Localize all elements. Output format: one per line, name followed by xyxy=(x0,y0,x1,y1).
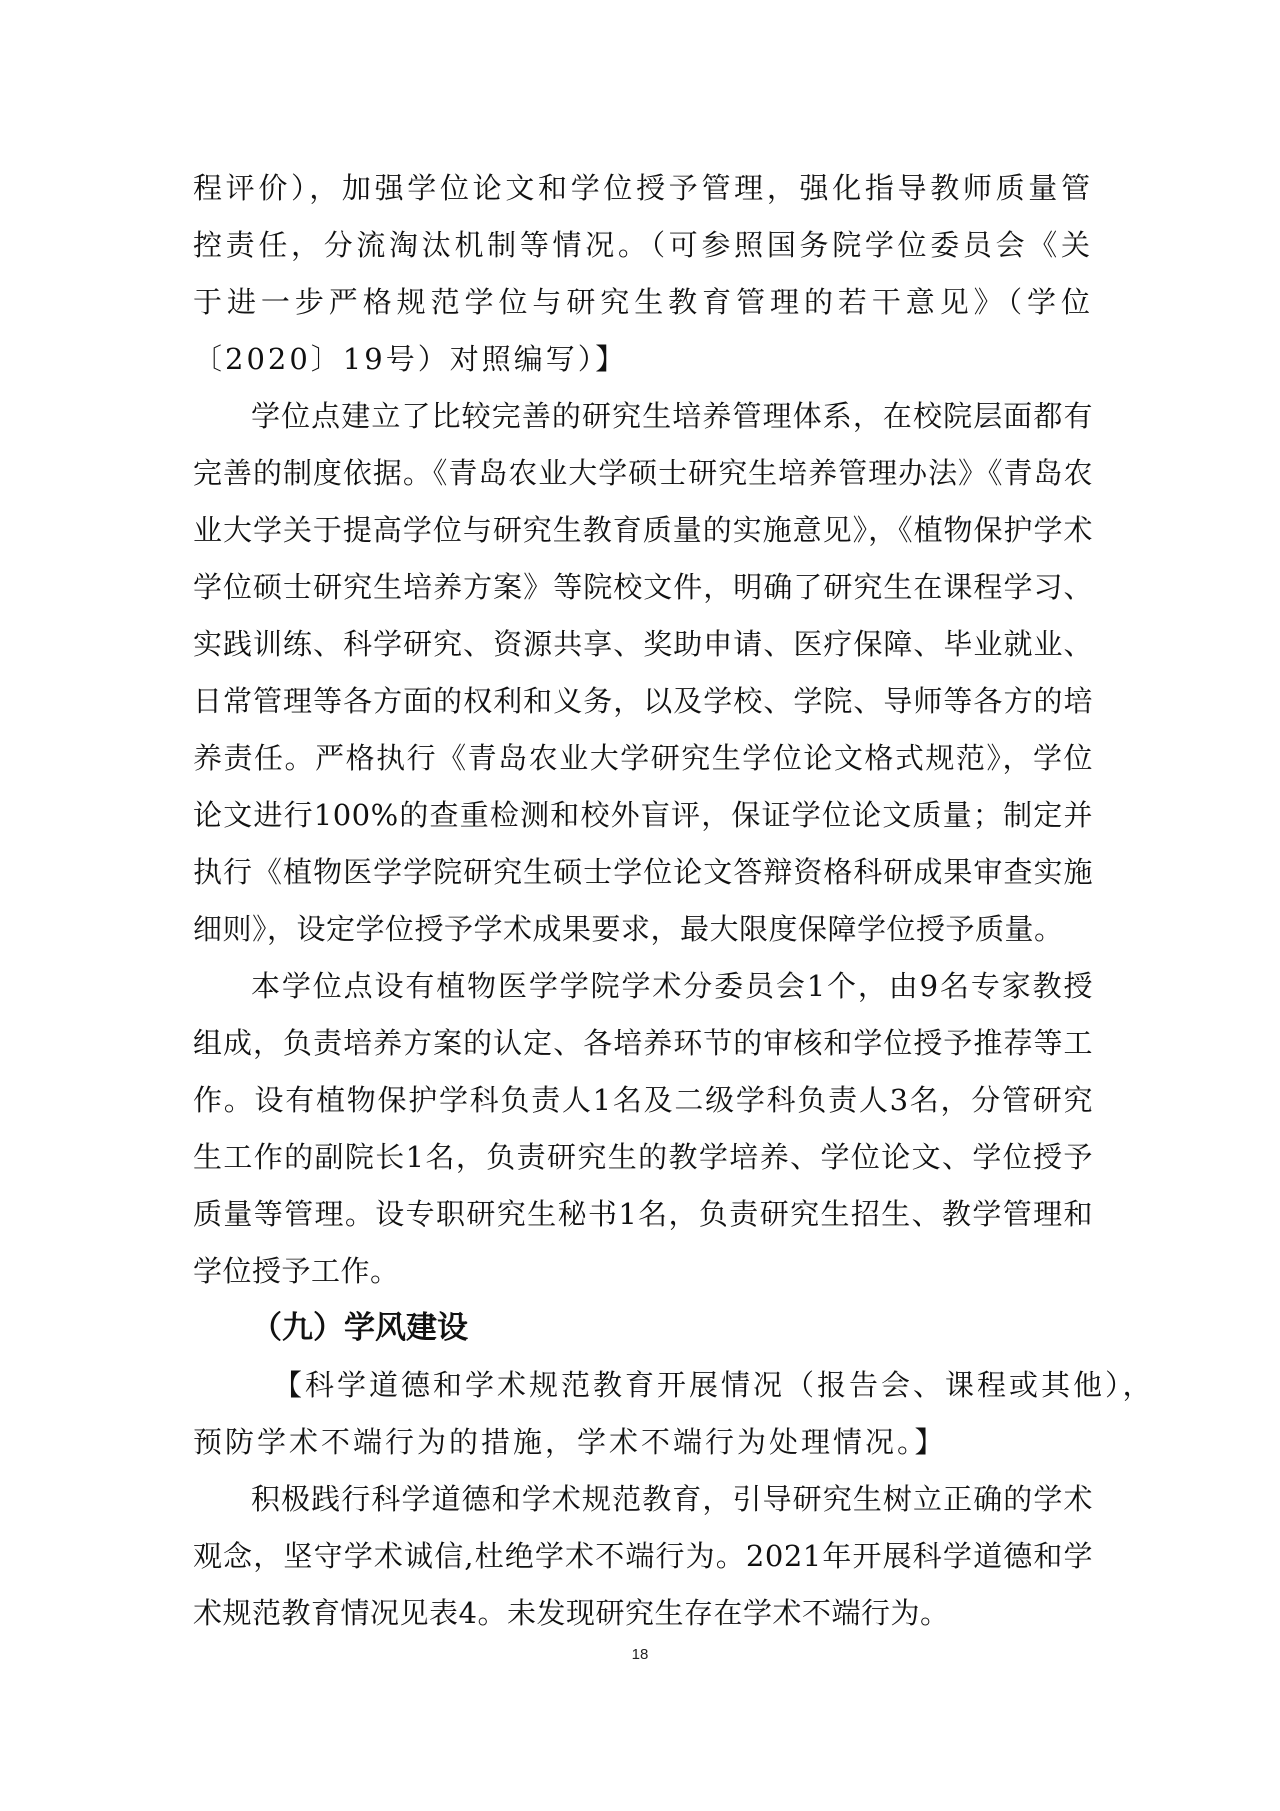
text-line: 术规范教育情况见表4。未发现研究生存在学术不端行为。 xyxy=(193,1585,1093,1642)
text-line: 实践训练、科学研究、资源共享、奖助申请、医疗保障、毕业就业、 xyxy=(193,616,1093,673)
paragraph-start-line: 本学位点设有植物医学学院学术分委员会1个，由9名专家教授 xyxy=(193,958,1093,1015)
paragraph-start-line: 学位点建立了比较完善的研究生培养管理体系，在校院层面都有 xyxy=(193,388,1093,445)
text-line: 作。设有植物保护学科负责人1名及二级学科负责人3名，分管研究 xyxy=(193,1072,1093,1129)
body-text: 程评价），加强学位论文和学位授予管理，强化指导教师质量管 控责任，分流淘汰机制等… xyxy=(193,160,1093,1642)
text-line: 学位授予工作。 xyxy=(193,1243,1093,1300)
text-line: 控责任，分流淘汰机制等情况。（可参照国务院学位委员会《关 xyxy=(193,217,1093,274)
text-line: 业大学关于提高学位与研究生教育质量的实施意见》，《植物保护学术 xyxy=(193,502,1093,559)
text-line: 观念，坚守学术诚信,杜绝学术不端行为。2021年开展科学道德和学 xyxy=(193,1528,1093,1585)
text-line: 组成，负责培养方案的认定、各培养环节的审核和学位授予推荐等工 xyxy=(193,1015,1093,1072)
text-line: 于进一步严格规范学位与研究生教育管理的若干意见》（学位 xyxy=(193,274,1093,331)
text-line: 养责任。严格执行《青岛农业大学研究生学位论文格式规范》，学位 xyxy=(193,730,1093,787)
text-line: 质量等管理。设专职研究生秘书1名，负责研究生招生、教学管理和 xyxy=(193,1186,1093,1243)
text-line: 执行《植物医学学院研究生硕士学位论文答辩资格科研成果审查实施 xyxy=(193,844,1093,901)
prompt-line: 【科学道德和学术规范教育开展情况（报告会、课程或其他）， xyxy=(193,1357,1093,1414)
section-heading: （九）学风建设 xyxy=(193,1300,1093,1357)
document-page: 程评价），加强学位论文和学位授予管理，强化指导教师质量管 控责任，分流淘汰机制等… xyxy=(0,0,1280,1811)
text-line: 论文进行100%的查重检测和校外盲评，保证学位论文质量；制定并 xyxy=(193,787,1093,844)
page-number: 18 xyxy=(0,1646,1280,1663)
text-line: 细则》，设定学位授予学术成果要求，最大限度保障学位授予质量。 xyxy=(193,901,1093,958)
text-line: 生工作的副院长1名，负责研究生的教学培养、学位论文、学位授予 xyxy=(193,1129,1093,1186)
paragraph-start-line: 积极践行科学道德和学术规范教育，引导研究生树立正确的学术 xyxy=(193,1471,1093,1528)
text-line: 程评价），加强学位论文和学位授予管理，强化指导教师质量管 xyxy=(193,160,1093,217)
prompt-line: 预防学术不端行为的措施，学术不端行为处理情况。】 xyxy=(193,1414,1093,1471)
text-line: 〔2020〕19号）对照编写）】 xyxy=(193,331,1093,388)
text-line: 完善的制度依据。《青岛农业大学硕士研究生培养管理办法》《青岛农 xyxy=(193,445,1093,502)
text-line: 学位硕士研究生培养方案》等院校文件，明确了研究生在课程学习、 xyxy=(193,559,1093,616)
text-line: 日常管理等各方面的权利和义务，以及学校、学院、导师等各方的培 xyxy=(193,673,1093,730)
